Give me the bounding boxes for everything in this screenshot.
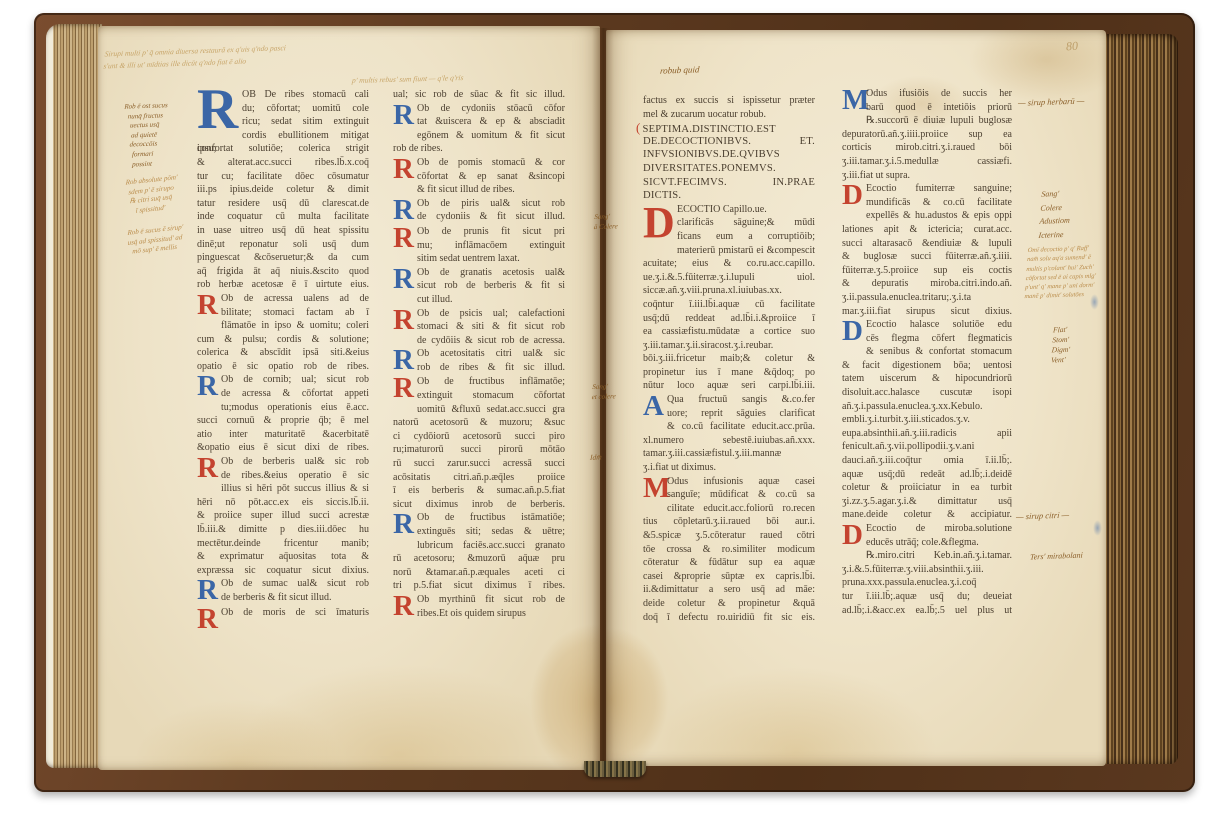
text-line: mectētur.deinde fricentur manib;	[197, 537, 369, 551]
illuminated-initial: R	[393, 308, 414, 335]
margin-note-left-1: Rob ē ost sucusnunq̄ fructusuectus usq̄a…	[94, 100, 195, 171]
paragraph: ROb de granatis acetosis ual&sicut rob d…	[393, 266, 565, 307]
text-line: inde coquatur cū multa facilitate	[197, 210, 369, 224]
paragraph: MOdus infusionis aquæ caseisanguīe; mūdi…	[643, 475, 815, 625]
right-page-column-2: MOdus ifusiōis de succis herbarū quod ē …	[842, 87, 1012, 617]
text-line: (SEPTIMA.DISTINCTIO.EST	[643, 121, 815, 135]
text-line: añ.ʒ.i.passula.enuclea.ʒ.xx.Kebulo.	[842, 400, 1012, 414]
text-line: ʒi.zz.ʒ.5.agar.ʒ.i.& dimittatur usq̄	[842, 495, 1012, 509]
text-line: ual; sic rob de sūac & fit sic illud.	[393, 88, 565, 102]
text-line: embli.ʒ.i.turbit.ʒ.iii.sticados.ʒ.v.	[842, 413, 1012, 427]
text-line: Ob de cornib; ual; sicut rob	[197, 373, 369, 387]
illuminated-initial: R	[393, 348, 414, 375]
text-line: ℞.succorū ē diuiæ lupuli buglosæ	[842, 114, 1012, 128]
text-line: sitim sedat uentrem laxat.	[393, 252, 565, 266]
text-line: eupa.absinthii.añ.ʒ.iii.radicis apii	[842, 427, 1012, 441]
text-line: mu; inflāmacōem extinguit	[393, 239, 565, 253]
left-page-column-1: ROB De ribes stomacū calidu; cōfortat; u…	[197, 88, 369, 634]
paragraph: ROb de moris de sci īmaturis	[197, 606, 369, 620]
paragraph: DEcoctio de miroba.solutioneeducēs utrāq…	[842, 522, 1012, 617]
text-line: siccæ.añ.ʒ.viii.pruna.xl.iuiubas.xx.	[643, 284, 815, 298]
text-line: tatem uiscerum & hipocundriorū	[842, 372, 1012, 386]
text-line: ℞.miro.citri Keb.in.añ.ʒ.i.tamar.	[842, 549, 1012, 563]
text-line: &opatio eius ē sicut dixi de ribes.	[197, 441, 369, 455]
text-line: propinetur ius ī mane &q̄doq; po	[643, 366, 815, 380]
text-line: acōsitatis citri.añ.p.æq̄les proiice	[393, 471, 565, 485]
text-line: egōnem & uomitum & fit sicut	[393, 129, 565, 143]
text-line: rob de ribes.	[393, 142, 565, 156]
paragraph: ROb de cornib; ual; sicut robde acressa …	[197, 373, 369, 455]
text-line: lationes apit & ictericia; curat.acc.	[842, 223, 1012, 237]
text-line: ue.ʒ.i.&.5.fūiterræ.ʒ.i.lupuli uiol.	[643, 271, 815, 285]
text-line: coletur & proiiciatur in ea turbit	[842, 481, 1012, 495]
text-line: sicut rob de berberis & fit si	[393, 279, 565, 293]
margin-note-right-humors: Sang'ColereAdustiomIcterine	[1038, 184, 1142, 242]
page-block-edge-left	[46, 24, 102, 768]
text-line: Ob de cydoniis stōacū cōfor	[393, 102, 565, 116]
text-line: Ecoctio de miroba.solutione	[842, 522, 1012, 536]
endband	[584, 761, 646, 777]
text-line: Ecoctio fumiterræ sanguine;	[842, 182, 1012, 196]
text-line: ci cydōiorū acetosorū succi piro	[393, 430, 565, 444]
illuminated-initial: R	[197, 293, 218, 320]
text-line: pruna.xxx.passula.enuclea.ʒ.i.coq̄	[842, 576, 1012, 590]
gutter-note-2: Sang'et colere	[591, 381, 652, 402]
text-line: pinguescat &cōseruetur;& da cum	[197, 251, 369, 265]
text-line: ad.lb̄;.i.&acc.ex ea.lb̄;.5 uel plus ut	[842, 604, 1012, 618]
text-line: fūiterræ.ʒ.5.proiice sup eis coctis	[842, 264, 1012, 278]
paragraph: ROb de fructibus inflāmatōe;extinguit st…	[393, 375, 565, 511]
margin-note-right-recipe: Omī decoctio p' q' Raff'nam̄ solu aq'a s…	[1024, 242, 1146, 302]
illuminated-initial: R	[393, 198, 414, 225]
text-line: ʒ.i.fiat ut diximus.	[643, 461, 815, 475]
paragraph: ROb de berberis ual& sic robde ribes.&ei…	[197, 455, 369, 577]
text-line: lubricum faciēs.acc.succi granato	[393, 539, 565, 553]
text-line: Ob de fructibus istāmatiōe;	[393, 511, 565, 525]
text-line: sicut diximus inrob de berberis.	[393, 498, 565, 512]
text-line: & depuratis miroba.citri.indo.añ.	[842, 277, 1012, 291]
illuminated-initial: R	[393, 376, 414, 403]
illuminated-initial: D	[842, 183, 863, 210]
text-line: atio inter maturitatē &acerbitatē	[197, 428, 369, 442]
text-line: sanguīe; mūdificat & co.cū sa	[643, 488, 815, 502]
illuminated-initial: D	[842, 319, 863, 346]
paragraph: ROb myrthinū fit sicut rob deribes.Et oi…	[393, 593, 565, 620]
text-line: de berberis & fit sicut illud.	[197, 591, 369, 605]
paragraph: ROb de prunis fit sicut primu; inflāmacō…	[393, 225, 565, 266]
right-page: factus ex succis si ispissetur prætermel…	[606, 30, 1106, 766]
illuminated-initial: R	[393, 226, 414, 253]
paragraph: AQua fructuū sangis &.co.feruore; reprit…	[643, 393, 815, 475]
text-line: hēri nō pōt.acc.ex eis siccis.lb̄.ii.	[197, 496, 369, 510]
paragraph: ROb de cydoniis stōacū cōfortat &uiscera…	[393, 102, 565, 156]
text-line: rob herbæ acetosæ ē ī uirtute eius.	[197, 278, 369, 292]
text-line: Ob de acressa ualens ad de	[197, 292, 369, 306]
text-line: ea cassiæfistu.mūdatæ a cortice suo	[643, 325, 815, 339]
paragraph: ROb de acressa ualens ad debilitate; sto…	[197, 292, 369, 374]
text-line: casei &proprie sūptæ ex capris.lb̄i.	[643, 570, 815, 584]
text-line: & senibus & confortat stomacum	[842, 345, 1012, 359]
text-line: confortat solutiōe; colerica strigit	[197, 142, 369, 156]
text-line: cut illud.	[393, 293, 565, 307]
text-line: Ecoctio halasce solutiōe edu	[842, 318, 1012, 332]
text-line: rū succi zarur.succi acressā succi	[393, 457, 565, 471]
text-line: SICVT.FECIMVS. IN.PRAE	[643, 176, 815, 190]
text-line: coq̄ntur ī.iii.lb̄i.aquæ cū facilitate	[643, 298, 815, 312]
text-line: ʒ.ii.passula.enuclea.tritaru;.ʒ.i.ta	[842, 291, 1012, 305]
text-line: tamar.ʒ.iii.cassiæfistul.ʒ.iii.mannæ	[643, 447, 815, 461]
text-line: Ob de moris de sci īmaturis	[197, 606, 369, 620]
section-heading: (SEPTIMA.DISTINCTIO.ESTDE.DECOCTIONIBVS.…	[643, 121, 815, 203]
text-line: Ob de sumac ual& sicut rob	[197, 577, 369, 591]
illuminated-initial: M	[842, 88, 863, 115]
text-line: &5.spicæ ʒ.5.cōteratur raued cōtri	[643, 529, 815, 543]
ink-smudge	[1093, 520, 1102, 536]
text-line: Ob de pomis stomacū & cor	[393, 156, 565, 170]
text-line: tat &uiscera & ep & absciadit	[393, 115, 565, 129]
text-line: cēs flegma cōfert flegmaticis	[842, 332, 1012, 346]
text-line: de ribes.&eius operatio ē sic	[197, 469, 369, 483]
text-line: Ob de fructibus inflāmatōe;	[393, 375, 565, 389]
text-line: doq̄ ī defectu ro.uiridiū fit sic eis.	[643, 611, 815, 625]
margin-note-right-effects: Flat'Stom'Digm'Vent'	[1051, 323, 1134, 366]
text-line: aquæ usq̄;dū redeāt ad.lb̄;.i.deidē	[842, 468, 1012, 482]
paragraph: MOdus ifusiōis de succis herbarū quod ē …	[842, 87, 1012, 182]
illuminated-initial: M	[643, 476, 664, 503]
illuminated-initial: R	[393, 103, 414, 130]
text-line: & fit sicut illud de ribes.	[393, 183, 565, 197]
text-line: INFVSIONIBVS.DE.QVIBVS	[643, 148, 815, 162]
text-line: Ob acetositatis citri ual& sic	[393, 347, 565, 361]
paragraph: ROB De ribes stomacū calidu; cōfortat; u…	[197, 88, 369, 292]
text-line: mel & zucarum uocatur robub.	[643, 108, 815, 122]
illuminated-initial: R	[393, 157, 414, 184]
gutter-note-1: Sang'ā Colere	[593, 211, 654, 232]
text-line: extinguit stomacum cōfortat	[393, 389, 565, 403]
text-line: usq̄;dū reddeat ad.lb̄i.i.&proiice ī	[643, 312, 815, 326]
text-line: dauci.añ.ʒ.iii.coq̄tur omia ī.ii.lb̄;.	[842, 454, 1012, 468]
text-line: & facit digestionem bōa; uentosi	[842, 359, 1012, 373]
right-page-column-1: factus ex succis si ispissetur prætermel…	[643, 94, 815, 624]
text-line: Odus infusionis aquæ casei	[643, 475, 815, 489]
text-line: DE.DECOCTIONIBVS. ET.	[643, 135, 815, 149]
text-line: educēs utrāq̄; cole.&flegma.	[842, 536, 1012, 550]
illuminated-initial: R	[197, 578, 218, 605]
text-line: de cydōiis & sicut rob de acressa.	[393, 334, 565, 348]
text-line: & buglosæ succi fūiterræ.añ.ʒ.iiii.	[842, 250, 1012, 264]
text-line: ʒ.i.&.5.fūiterræ.ʒ.viii.absinthii.ʒ.iii.	[842, 563, 1012, 577]
text-line: lb̄.iii.& dimitte p dies.iii.dōec hu	[197, 523, 369, 537]
text-line: acuitate; eius & co.ru.acc.capillo.	[643, 257, 815, 271]
text-line: norū &tamar.añ.p.æquales aceti ci	[393, 566, 565, 580]
text-line: depuratorū.añ.ʒ.iiii.proiice sup ea	[842, 128, 1012, 142]
text-line: tur cu; facilitate dōec cōsumatur	[197, 170, 369, 184]
text-line: illius si hēri pōt succus illius & si	[197, 482, 369, 496]
text-line: factus ex succis si ispissetur præter	[643, 94, 815, 108]
text-line: ii.&dimittatur a sero usq̄ ad māe:	[643, 583, 815, 597]
paragraph: factus ex succis si ispissetur prætermel…	[643, 94, 815, 121]
text-line: stomaci & siti & fit sicut rob	[393, 320, 565, 334]
text-line: Ob de berberis ual& sic rob	[197, 455, 369, 469]
text-line: Ob de granatis acetosis ual&	[393, 266, 565, 280]
illuminated-initial: R	[393, 267, 414, 294]
text-line: & alterat.acc.succi ribes.lb̄.x.coq̄	[197, 156, 369, 170]
text-line: succi altarasacō &endiuiæ & lupuli	[842, 237, 1012, 251]
text-line: ru;imaturorū succi pirorū mōtāo	[393, 443, 565, 457]
text-line: mar.ʒ.iii.fiat sirupus sicut dixius.	[842, 305, 1012, 319]
text-line: Ob de prunis fit sicut pri	[393, 225, 565, 239]
text-line: barū quod ē intetiōis priorū	[842, 101, 1012, 115]
text-line: expellēs & hu.adustos & epis oppi	[842, 209, 1012, 223]
text-line: de cydoniis & fit sicut illud.	[393, 210, 565, 224]
text-line: uomitū &fluxū sedat.acc.succi gra	[393, 403, 565, 417]
text-line: aq̄ frigida āt aq̄ niuis.&scito quod	[197, 265, 369, 279]
text-line: tri p.5.fiat sicut diximus ī ribes.	[393, 579, 565, 593]
text-line: Qua fructuū sangis &.co.fer	[643, 393, 815, 407]
page-block-edge-right	[1102, 34, 1178, 764]
paragraph: DEcoctio halasce solutiōe educēs flegma …	[842, 318, 1012, 522]
text-line: rob de ribes & fit sic illud.	[393, 361, 565, 375]
text-line: disoluit.acc.halasce cuscutæ isopi	[842, 386, 1012, 400]
illuminated-initial: R	[393, 594, 414, 621]
text-line: tu;modus operationis eius ē.acc.	[197, 401, 369, 415]
text-line: in uase uitreo usq̄ dū heat spissitu	[197, 224, 369, 238]
illuminated-initial: R	[197, 89, 239, 130]
paragraph: ROb de psicis ual; calefactionistomaci &…	[393, 307, 565, 348]
text-line: DICTIS.	[643, 189, 815, 203]
text-line: flāmatōe in ipso & uomitu; coleri	[197, 319, 369, 333]
text-line: tatur residere usq̄ dū clarescat.de	[197, 197, 369, 211]
paragraph: ROb de pomis stomacū & corcōfortat & ep …	[393, 156, 565, 197]
text-line: ʒ.iii.fiat ut supra.	[842, 169, 1012, 183]
illuminated-initial: D	[842, 523, 863, 550]
illuminated-initial: R	[197, 374, 218, 401]
text-line: & exprimatur aq̄uositas tota &	[197, 550, 369, 564]
text-line: DIVERSITATES.PONEMVS.	[643, 162, 815, 176]
text-line: Ob myrthinū fit sicut rob de	[393, 593, 565, 607]
text-line: Ob de piris ual& sicut rob	[393, 197, 565, 211]
text-line: & co.cū facilitate educit.acc.prūa.	[643, 420, 815, 434]
paragraph: DEcoctio fumiterræ sanguine;mundificās &…	[842, 182, 1012, 318]
illuminated-initial: R	[197, 456, 218, 483]
text-line: Odus ifusiōis de succis her	[842, 87, 1012, 101]
paragraph: ual; sic rob de sūac & fit sic illud.	[393, 88, 565, 102]
text-line: corticis mirob.citri.ʒ.i.raued bōi	[842, 141, 1012, 155]
text-line: de acressa & cōfortat appeti	[197, 387, 369, 401]
header-annotation: robub quid	[660, 65, 700, 76]
text-line: natorū acetosorū & muzoru; &suc	[393, 416, 565, 430]
text-line: cum & pulsu; cordis & solutione;	[197, 333, 369, 347]
text-line: bōi.ʒ.iii.fricetur maib;& coletur &	[643, 352, 815, 366]
text-line: Ob de psicis ual; calefactioni	[393, 307, 565, 321]
text-line: uore; reprit sāguies clarificat	[643, 407, 815, 421]
text-line: tōe crossa & ro.similiter modicum	[643, 543, 815, 557]
text-line: cilitate educit.acc.foliorū ro.recen	[643, 502, 815, 516]
text-line: & proiice super illud succi acrestæ	[197, 509, 369, 523]
text-line: bilitate; stomaci factam ab ī	[197, 306, 369, 320]
text-line: cōfortat & ep sanat &sincopi	[393, 170, 565, 184]
paragraph: DECOCTIO Capillo.ue.clarificās sāguine;&…	[643, 203, 815, 393]
text-line: opatio ē sic opatio rob de ribes.	[197, 360, 369, 374]
illuminated-initial: R	[197, 607, 218, 634]
text-line: mane.deide coletur & accipiatur.	[842, 508, 1012, 522]
text-line: succi cornuū & proprie q̄b; ē mel	[197, 414, 369, 428]
text-line: rū acetosoru; &muzorū aq̄uæ pru	[393, 552, 565, 566]
illuminated-initial: R	[393, 512, 414, 539]
paragraph: ROb de piris ual& sicut robde cydoniis &…	[393, 197, 565, 224]
text-line: ʒ.iii.tamar.ʒ.i.5.medullæ cassiæfi.	[842, 155, 1012, 169]
text-line: deide coletur & propinetur &quā	[643, 597, 815, 611]
text-line: fenicult.añ.ʒ.vii.pollipodii.ʒ.v.ani	[842, 440, 1012, 454]
text-line: ʒ.iii.tamar.ʒ.ii.siracost.ʒ.i.reubar.	[643, 339, 815, 353]
ink-smudge	[1090, 294, 1099, 310]
text-line: colerica & abscīdit ipsā siti.&eius	[197, 346, 369, 360]
text-line: tius cōpletarū.ʒ.ii.raued bōi aur.i.	[643, 515, 815, 529]
book-photo: ROB De ribes stomacū calidu; cōfortat; u…	[0, 0, 1219, 828]
gutter-note-idem: Idm̄	[590, 451, 641, 462]
text-line: extinguēs siti; sedas & uētre;	[393, 525, 565, 539]
text-line: mundificās & co.cū facilitate	[842, 196, 1012, 210]
page-number: 80	[1066, 42, 1079, 52]
text-line: dinē;ut reponatur soli usq̄ dum	[197, 238, 369, 252]
rubric-paraph-mark: (	[636, 120, 641, 135]
paragraph: ROb acetositatis citri ual& sicrob de ri…	[393, 347, 565, 374]
text-line: cōteratur & fūdātur sup ea aquæ	[643, 556, 815, 570]
paragraph: ROb de fructibus istāmatiōe;extinguēs si…	[393, 511, 565, 593]
text-line: ī eis berberis & sumac.añ.p.5.fiat	[393, 484, 565, 498]
text-line: xl.numero sebestē.iuiubas.añ.xxx.	[643, 434, 815, 448]
text-line: nūtur loco aquæ seri carpi.lb̄i.iii.	[643, 379, 815, 393]
text-line: ribes.Et ois quidem sirupus	[393, 607, 565, 621]
text-line: iii.ps ipius.deide coletur & dimit	[197, 183, 369, 197]
text-line: tur ī.iii.lb̄;.aquæ usq̄ du; deueiat	[842, 590, 1012, 604]
paragraph: ROb de sumac ual& sicut robde berberis &…	[197, 577, 369, 604]
left-page-column-2: ual; sic rob de sūac & fit sic illud.ROb…	[393, 88, 565, 621]
text-line: expræssa sic coquatur sicut dixius.	[197, 564, 369, 578]
